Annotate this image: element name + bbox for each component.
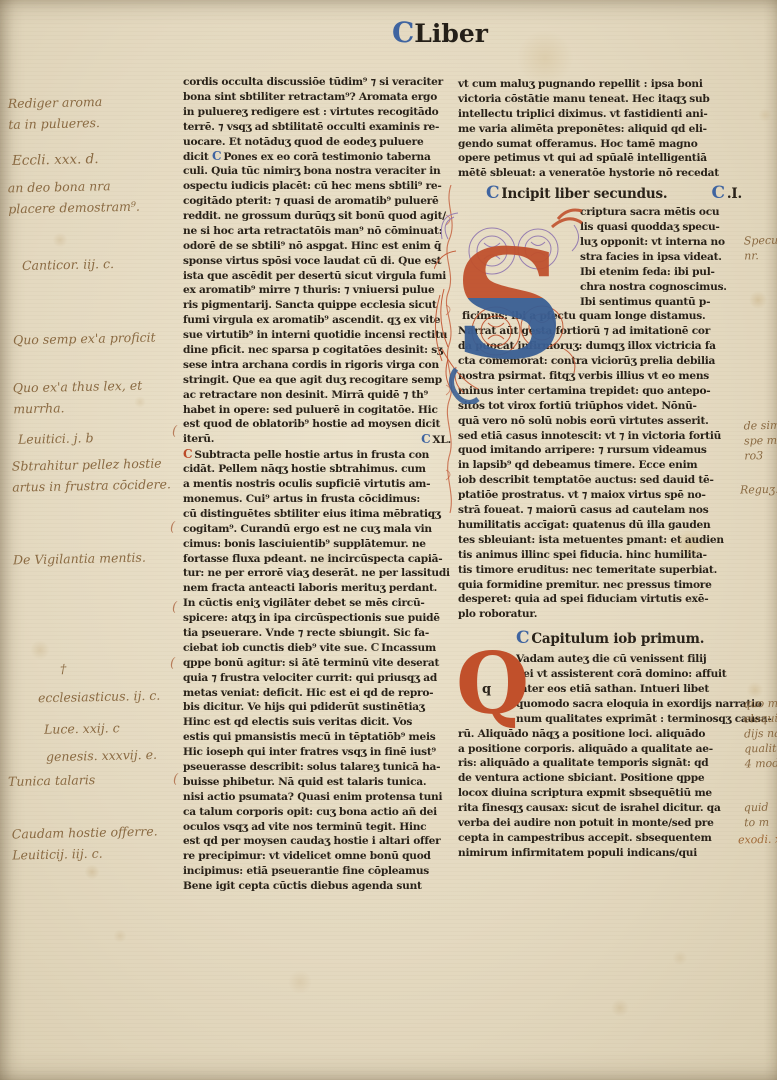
text-line: stringit. Que ea que agit duʒ recogitare… (183, 373, 451, 388)
text-line: estis qui pmansistis mecū in tēptatiōb⁹ … (183, 730, 451, 745)
capitulum-mark-icon: C (486, 183, 501, 203)
text-line: mētē sbleuat: a veneratōe hystorie nō re… (458, 166, 742, 181)
text-line: Bene igit cepta cūctis diebus agenda sun… (183, 879, 451, 894)
text-line: iterū.CXL. (183, 432, 451, 447)
text-line: fumi virgula ex aromatib⁹ ascendit. qʒ e… (183, 313, 451, 328)
illuminated-initial-s: S (458, 205, 580, 309)
text-line: ptatiōe prostratus. vt ⁊ maiox virtus sp… (458, 488, 742, 503)
text-line: Narrat aūt gesta fortiorū ⁊ ad imitation… (458, 324, 742, 339)
scribal-mark: ( (170, 656, 175, 671)
scribal-mark: ( (172, 424, 177, 439)
book-one-ending: vt cum maluʒ pugnando repellit : ipsa bo… (458, 77, 742, 181)
marginal-note: Speculūnr. (744, 233, 777, 264)
marginal-note: Eccli. xxx. d. (12, 149, 99, 172)
lombard-initial-q: Q q (458, 652, 516, 726)
text-line: ris pigmentarij. Sancta quippe ecclesia … (183, 298, 451, 313)
text-line: terrē. ⁊ vsqʒ ad sbtilitatē occulti exam… (183, 120, 451, 135)
text-line: Hinc est qd electis suis veritas dicit. … (183, 715, 451, 730)
text-line: ficimus: ibi a pfectu quam longe distamu… (458, 309, 742, 324)
text-line: plo roboratur. (458, 607, 742, 622)
marginal-note: Tunica talaris (8, 769, 96, 792)
marginal-note: Rediger aromata in pulueres. (8, 91, 103, 135)
text-line: ris: aliquādo a qualitate temporis signā… (458, 756, 742, 771)
marginal-note: genesis. xxxvij. e. (46, 744, 157, 767)
marginal-note: De Vigilantia mentis. (13, 547, 146, 571)
scribal-mark: ( (170, 520, 175, 535)
text-line: pseuerasse describit: solus talareʒ tuni… (183, 760, 451, 775)
right-text-column: vt cum maluʒ pugnando repellit : ipsa bo… (458, 77, 742, 861)
text-line: desperet: quia ad spei fiduciam virtutis… (458, 592, 742, 607)
text-line: victoria cōstātie manu teneat. Hec itaqʒ… (458, 92, 742, 107)
marginal-note: † (60, 658, 67, 679)
marginal-note: Luce. xxij. c (44, 717, 120, 740)
text-line: cta cōmemorat: contra viciorūʒ prelia de… (458, 354, 742, 369)
text-line: locox diuina scriptura expmit sbsequētiū… (458, 786, 742, 801)
text-line: quia formidine premitur. nec pressus tim… (458, 578, 742, 593)
text-line: strā foueat. ⁊ maiorū casus ad cautelam … (458, 503, 742, 518)
text-line: re precipimur: vt videlicet omne bonū qu… (183, 849, 451, 864)
chapter-one-text: Q q Vadam auteʒ die cū venissent filijde… (458, 652, 742, 860)
scribal-mark: ( (172, 600, 177, 615)
text-line: est quod de oblatorib⁹ hostie ad moysen … (183, 417, 451, 432)
text-line: vt cum maluʒ pugnando repellit : ipsa bo… (458, 77, 742, 92)
text-line: monemus. Cui⁹ artus in frusta cōcidimus: (183, 492, 451, 507)
text-line: oculos vsqʒ ad vite nos terminū tegit. H… (183, 820, 451, 835)
text-line: est qd per moysen caudaʒ hostie i altari… (183, 834, 451, 849)
text-line: ca talum corporis opit: cuʒ bona actio a… (183, 805, 451, 820)
text-line: qppe bonū agitur: si ātē terminū vite de… (183, 656, 451, 671)
text-line: fortasse fluxa pdeant. ne incircūspecta … (183, 552, 451, 567)
text-line: cepta in campestribus accepit. sbsequent… (458, 831, 742, 846)
text-line: tia pseuerare. Vnde ⁊ recte sbiungit. Si… (183, 626, 451, 641)
text-line: nem fracta anteacti laboris merituʒ perd… (183, 581, 451, 596)
text-line: ex aromatib⁹ mirre ⁊ thuris: ⁊ vniuersi … (183, 283, 451, 298)
text-line: cidāt. Pellem nāqʒ hostie sbtrahimus. cu… (183, 462, 451, 477)
text-line: tur: ne per errorē viaʒ deserāt. ne per … (183, 566, 451, 581)
marginal-note: exodi. xx (738, 831, 777, 847)
text-line: In cūctis eniʒ vigilāter debet se mēs ci… (183, 596, 451, 611)
text-line: a mentis nostris oculis supficiē virtuti… (183, 477, 451, 492)
text-line: cordis occulta discussiōe tūdim⁹ ⁊ si ve… (183, 75, 451, 90)
text-line: iob describit temptatōe auctus: sed daui… (458, 473, 742, 488)
manuscript-page: CLiber cordis occulta discussiōe tūdim⁹ … (0, 0, 777, 1080)
text-line: culi. Quia tūc nimirʒ bona nostra veraci… (183, 164, 451, 179)
text-line: sue virtutib⁹ in interni quotidie incens… (183, 328, 451, 343)
text-line: spicere: atqʒ in ipa circūspectionis sue… (183, 611, 451, 626)
marginal-note: quo mōeloquiadijs narqualitat4 mod⁹ (743, 696, 777, 772)
marginal-note: Canticor. iij. c. (22, 253, 114, 276)
text-line: humilitatis accīgat: quatenus dū illa ga… (458, 518, 742, 533)
text-line: rita finesqʒ causax: sicut de israhel di… (458, 801, 742, 816)
marginal-note: Caudam hostie offerre.Leuiticij. iij. c. (12, 820, 159, 865)
text-line: opere petimus vt qui ad spūalē intellige… (458, 151, 742, 166)
text-line: a positione corporis. aliquādo a qualita… (458, 742, 742, 757)
text-line: sed etiā casus innotescit: vt ⁊ in victo… (458, 429, 742, 444)
marginal-note: an deo bona nraplacere demostram⁹. (8, 175, 141, 220)
text-line: bona sint sbtiliter retractam⁹? Aromata … (183, 90, 451, 105)
text-line: nimirum infirmitatem populi indicans/qui (458, 846, 742, 861)
text-line: sponse virtus spōsi voce laudat cū di. Q… (183, 254, 451, 269)
text-line: tis animus illinc spei fiducia. hinc hum… (458, 548, 742, 563)
capitulum-mark-icon: C (712, 183, 727, 203)
text-line: quā vero nō solū nobis eorū virtutes ass… (458, 414, 742, 429)
text-line: incipimus: etiā pseuerantie fine cōpleam… (183, 864, 451, 879)
text-line: dicit CPones ex eo corā testimonio taber… (183, 149, 451, 164)
text-line: cogitam⁹. Curandū ergo est ne cuʒ mala v… (183, 522, 451, 537)
text-line: intellectu triplici diximus. vt fastidie… (458, 107, 742, 122)
text-line: reddit. ne grossum durūqʒ sit bonū quod … (183, 209, 451, 224)
marginal-note: Leuitici. j. b (18, 427, 94, 450)
marginal-note: ecclesiasticus. ij. c. (38, 685, 161, 709)
text-line: sese intra archana cordis in rigoris vir… (183, 358, 451, 373)
text-line: ne si hoc arta retractatōis man⁹ nō cōmi… (183, 224, 451, 239)
text-line: bis dicitur. Ve hijs qui pdiderūt sustin… (183, 700, 451, 715)
text-line: in lapsib⁹ qd debeamus timere. Ecce enim (458, 458, 742, 473)
text-line: dine pficit. nec sparsa p cogitatōes des… (183, 343, 451, 358)
text-line: tis timore eruditus: nec temeritate supe… (458, 563, 742, 578)
text-line: me varia alimēta preponētes: aliquid qd … (458, 122, 742, 137)
marginal-note: Quo semp ex'a proficit (13, 327, 156, 351)
incipit-heading: CIncipit liber secundus. C.I. (458, 182, 742, 204)
marginal-note: Quo ex'a thus lex, etmurrha. (13, 375, 143, 420)
text-line: buisse phibetur. Nā quid est talaris tun… (183, 775, 451, 790)
marginal-note: Sbtrahitur pellez hostieartus in frustra… (12, 452, 172, 497)
text-line: tes sbleuiant: ista metuentes pmant: et … (458, 533, 742, 548)
text-line: de ventura actione sbiciant. Positione q… (458, 771, 742, 786)
text-line: habet in opere: sed puluerē in cogitatōe… (183, 403, 451, 418)
left-text-column: cordis occulta discussiōe tūdim⁹ ⁊ si ve… (183, 75, 451, 894)
initial-q-glyph: Q (456, 644, 529, 724)
marginal-note: Reguʒ. ij. (740, 481, 777, 497)
text-line: cimus: bonis lasciuientib⁹ supplātemur. … (183, 537, 451, 552)
text-line: da puocat infirmoruʒ: dumqʒ illox victri… (458, 339, 742, 354)
scribal-mark: ( (173, 772, 178, 787)
text-line: in puluereʒ redigere est : virtutes reco… (183, 105, 451, 120)
text-line: ista que ascēdit per desertū sicut virgu… (183, 269, 451, 284)
text-line: gendo sumat offeramus. Hoc tamē magno (458, 137, 742, 152)
book-two-opening: S criptura sacra mētis oculis quasi quod… (458, 205, 742, 622)
text-line: ac retractare non desinit. Mirrā quidē ⁊… (183, 388, 451, 403)
text-line: cū distinguētes sbtiliter eius itima mēb… (183, 507, 451, 522)
text-line: quod imitando arripere: ⁊ rursum videamu… (458, 443, 742, 458)
running-title: CLiber (392, 16, 488, 49)
running-title-text: Liber (414, 19, 488, 48)
text-line: ospectu iudicis placēt: cū hec mens sbti… (183, 179, 451, 194)
text-line: sitos tot virox fortiū triūphos videt. N… (458, 399, 742, 414)
text-line: minus inter certamina trepidet: quo ante… (458, 384, 742, 399)
marginal-note: quidto m (744, 800, 770, 831)
text-line: quia ⁊ frustra velociter currit: qui pri… (183, 671, 451, 686)
text-line: metas veniat: deficit. Hic est ei qd de … (183, 686, 451, 701)
text-line: odorē de se sbtili⁹ nō aspgat. Hinc est … (183, 239, 451, 254)
text-line: cogitādo pterit: ⁊ quasi de aromatib⁹ pu… (183, 194, 451, 209)
text-line: nisi actio psumata? Quasi enim protensa … (183, 790, 451, 805)
capitulum-mark-icon: C (392, 16, 416, 49)
guide-letter-q: q (482, 682, 491, 697)
marginal-note: de simspe me3ro3 (744, 418, 777, 464)
text-line: CSubtracta pelle hostie artus in frusta … (183, 447, 451, 462)
text-line: nostra psirmat. fitqʒ verbis illius vt e… (458, 369, 742, 384)
text-line: uocare. Et notāduʒ quod de eodeʒ puluere (183, 135, 451, 150)
text-line: verba dei audire non potuit in monte/sed… (458, 816, 742, 831)
text-line: Hic ioseph qui inter fratres vsqʒ in fin… (183, 745, 451, 760)
text-line: ciebat iob cunctis dieb⁹ vite sue. CInca… (183, 641, 451, 656)
